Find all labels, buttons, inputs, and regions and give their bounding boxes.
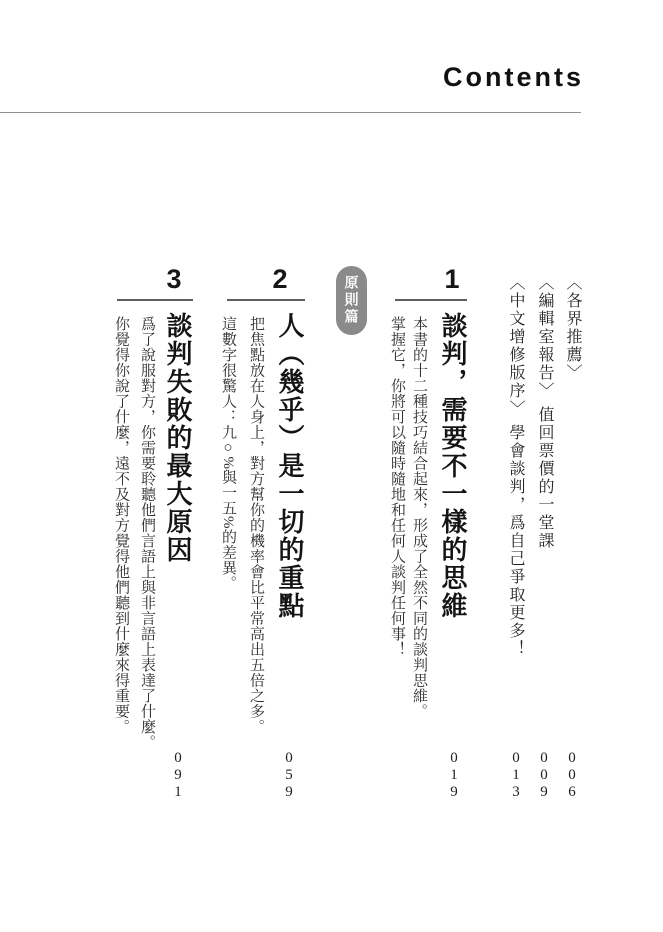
chapter-1-number: 1 (432, 266, 472, 293)
header-divider (0, 112, 581, 113)
page-number-endorsements: 006 (564, 750, 579, 801)
section-badge-principles: 原則篇 (336, 266, 367, 335)
page-number-chapter-3: 091 (170, 750, 185, 801)
page-number-chapter-1: 019 (446, 750, 461, 801)
chapter-1-description-line-2: 掌握它，你將可以隨時隨地和任何人談判任何事！ (389, 316, 404, 657)
chapter-2-description-line-2: 這數字很驚人：九○%與一五%的差異。 (220, 316, 235, 591)
page-number-preface: 013 (508, 750, 523, 801)
toc-entry-preface: 〈中文增修版序〉 學會談判，爲自己爭取更多！ (507, 274, 523, 658)
page-number-chapter-2: 059 (281, 750, 296, 801)
chapter-2-description-line-1: 把焦點放在人身上，對方幫你的機率會比平常高出五倍之多。 (248, 316, 263, 735)
chapter-1-title: 談判，需要不一樣的思維 (439, 312, 465, 620)
chapter-3-number: 3 (154, 266, 194, 293)
chapter-3-description-line-1: 爲了說服對方，你需要聆聽他們言語上與非言語上表達了什麼。 (139, 316, 154, 750)
toc-entry-editors-note: 〈編輯室報告〉 值回票價的一堂課 (536, 274, 552, 550)
chapter-3-title: 談判失敗的最大原因 (164, 312, 190, 564)
chapter-2-divider (227, 299, 305, 301)
chapter-3-divider (117, 299, 193, 301)
chapter-1-divider (395, 299, 467, 301)
chapter-2-number: 2 (260, 266, 300, 293)
page-title: Contents (443, 62, 584, 93)
page-number-editors-note: 009 (536, 750, 551, 801)
section-badge-label: 原則篇 (345, 275, 359, 326)
toc-entry-endorsements: 〈各界推薦〉 (564, 274, 580, 382)
chapter-1-description-line-1: 本書的十二種技巧結合起來，形成了全然不同的談判思維。 (411, 316, 426, 719)
chapter-2-title: 人（幾乎）是一切的重點 (276, 312, 302, 620)
contents-page: Contents 〈各界推薦〉 〈編輯室報告〉 值回票價的一堂課 〈中文增修版序… (0, 0, 663, 932)
chapter-3-description-line-2: 你覺得你說了什麼，遠不及對方覺得他們聽到什麼來得重要。 (113, 316, 128, 735)
